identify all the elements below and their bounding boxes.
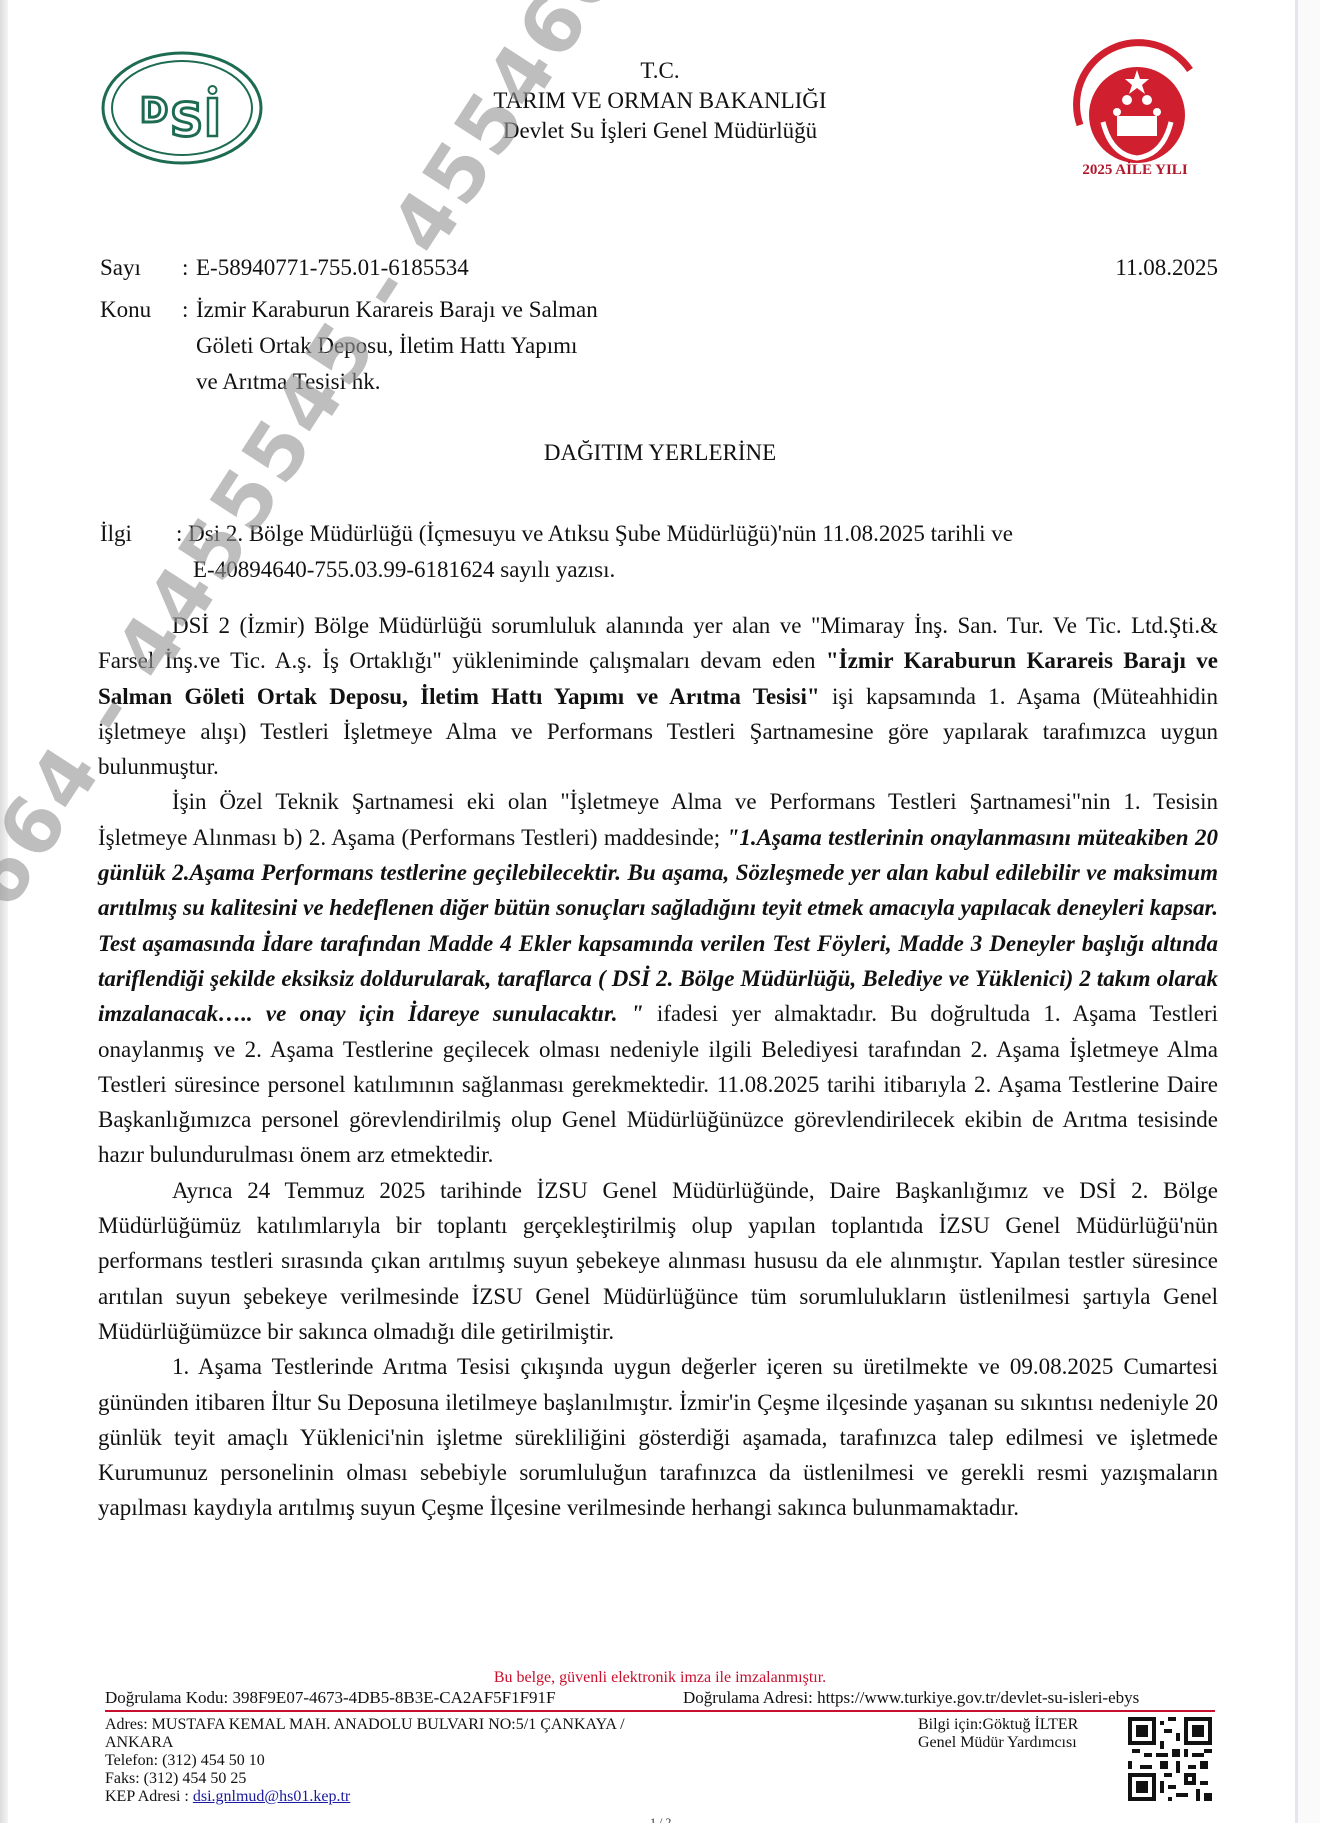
svg-text:S: S: [170, 93, 203, 147]
letter-body: DSİ 2 (İzmir) Bölge Müdürlüğü sorumluluk…: [98, 608, 1218, 1526]
family-year-caption: 2025 AİLE YILI: [1060, 162, 1210, 179]
verification-row: Doğrulama Kodu: 398F9E07-4673-4DB5-8B3E-…: [105, 1688, 1215, 1712]
header-tc: T.C.: [400, 56, 920, 86]
info-contact-title: Genel Müdür Yardımcısı: [918, 1734, 1078, 1752]
konu-label: Konu: [100, 292, 182, 328]
document-page: D S T.C. TARIM VE ORMAN BAKANLIĞI Devlet…: [0, 0, 1298, 1823]
scrollbar-track[interactable]: [1295, 0, 1320, 1823]
header-directorate: Devlet Su İşleri Genel Müdürlüğü: [400, 116, 920, 146]
ilgi-line-1: Dsi 2. Bölge Müdürlüğü (İçmesuyu ve Atık…: [188, 521, 1013, 546]
document-number-row: Sayı:E-58940771-755.01-6185534: [100, 250, 469, 286]
qr-code-icon[interactable]: [1128, 1717, 1212, 1801]
verification-code: Doğrulama Kodu: 398F9E07-4673-4DB5-8B3E-…: [105, 1688, 556, 1707]
kep-label: KEP Adresi :: [105, 1788, 193, 1805]
recipient-heading: DAĞITIM YERLERİNE: [0, 440, 1320, 466]
svg-text:D: D: [140, 91, 168, 131]
address-line-2: ANKARA: [105, 1734, 785, 1752]
reference-block: İlgi: Dsi 2. Bölge Müdürlüğü (İçmesuyu v…: [100, 516, 1220, 588]
ilgi-line-2: E-40894640-755.03.99-6181624 sayılı yazı…: [100, 552, 1220, 588]
paragraph-3: Ayrıca 24 Temmuz 2025 tarihinde İZSU Gen…: [98, 1173, 1218, 1349]
page-number: 1 / 2: [650, 1815, 671, 1823]
specification-quote: "1.Aşama testlerinin onaylanmasını mütea…: [98, 825, 1218, 1026]
sayi-label: Sayı: [100, 250, 182, 286]
document-date: 11.08.2025: [1115, 250, 1218, 286]
info-block: Bilgi için:Göktuğ İLTER Genel Müdür Yard…: [918, 1716, 1078, 1752]
paragraph-1: DSİ 2 (İzmir) Bölge Müdürlüğü sorumluluk…: [98, 608, 1218, 784]
kep-email-link[interactable]: dsi.gnlmud@hs01.kep.tr: [193, 1788, 350, 1805]
info-contact-name: Bilgi için:Göktuğ İLTER: [918, 1716, 1078, 1734]
address-line-1: Adres: MUSTAFA KEMAL MAH. ANADOLU BULVAR…: [105, 1716, 785, 1734]
family-year-logo-icon: [1055, 30, 1215, 180]
paragraph-4: 1. Aşama Testlerinde Arıtma Tesisi çıkış…: [98, 1349, 1218, 1525]
konu-line-2: Göleti Ortak Deposu, İletim Hattı Yapımı: [100, 328, 598, 364]
phone: Telefon: (312) 454 50 10: [105, 1752, 785, 1770]
ministry-header: T.C. TARIM VE ORMAN BAKANLIĞI Devlet Su …: [400, 56, 920, 146]
verification-address-link[interactable]: Doğrulama Adresi: https://www.turkiye.go…: [683, 1688, 1139, 1708]
konu-line-3: ve Arıtma Tesisi hk.: [100, 364, 598, 400]
contact-block: Adres: MUSTAFA KEMAL MAH. ANADOLU BULVAR…: [105, 1716, 785, 1806]
paragraph-2: İşin Özel Teknik Şartnamesi eki olan "İş…: [98, 784, 1218, 1172]
sayi-value: E-58940771-755.01-6185534: [196, 255, 469, 280]
e-signature-note: Bu belge, güvenli elektronik imza ile im…: [0, 1669, 1320, 1687]
ilgi-label: İlgi: [100, 516, 176, 552]
fax: Faks: (312) 454 50 25: [105, 1770, 785, 1788]
header-ministry: TARIM VE ORMAN BAKANLIĞI: [400, 86, 920, 116]
subject-block: Konu:İzmir Karaburun Karareis Barajı ve …: [100, 292, 598, 400]
konu-line-1: İzmir Karaburun Karareis Barajı ve Salma…: [196, 297, 598, 322]
dsi-logo-icon: D S: [100, 50, 264, 166]
